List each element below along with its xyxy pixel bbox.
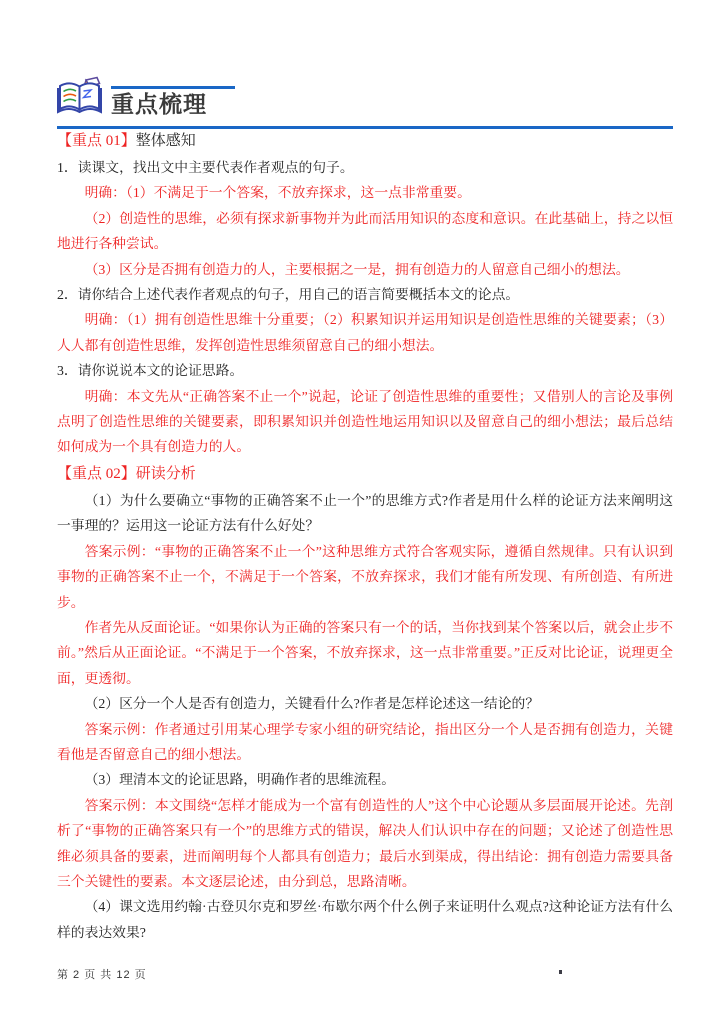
answer-paragraph: 答案示例：“事物的正确答案不止一个”这种思维方式符合客观实际，遵循自然规律。只有… — [57, 539, 673, 615]
answer-paragraph: 答案示例：本文围绕“怎样才能成为一个富有创造性的人”这个中心论题从多层面展开论述… — [57, 793, 673, 895]
section-tag: 【重点 02】 — [57, 466, 136, 482]
document-page: 重点梳理 【重点 01】整体感知1．读课文，找出文中主要代表作者观点的句子。明确… — [0, 0, 725, 1024]
answer-paragraph: （3）区分是否拥有创造力的人，主要根据之一是，拥有创造力的人留意自己细小的想法。 — [57, 257, 673, 282]
section-banner: 重点梳理 — [57, 76, 673, 129]
answer-paragraph: 明确：（1）不满足于一个答案，不放弃探求，这一点非常重要。 — [57, 180, 673, 205]
answer-paragraph: （2）创造性的思维，必须有探求新事物并为此而活用知识的态度和意识。在此基础上，持… — [57, 206, 673, 257]
answer-paragraph: 明确：本文先从“正确答案不止一个”说起，论证了创造性思维的重要性；又借别人的言论… — [57, 384, 673, 460]
section-title: 整体感知 — [136, 133, 196, 149]
question-paragraph: （3）理清本文的论证思路，明确作者的思维流程。 — [57, 767, 673, 792]
answer-paragraph: 作者先从反面论证。“如果你认为正确的答案只有一个的话，当你找到某个答案以后，就会… — [57, 615, 673, 691]
question-paragraph: 1．读课文，找出文中主要代表作者观点的句子。 — [57, 155, 673, 180]
question-paragraph: （4）课文选用约翰·古登贝尔克和罗丝·布歇尔两个什么例子来证明什么观点?这种论证… — [57, 894, 673, 945]
question-paragraph: 3．请你说说本文的论证思路。 — [57, 358, 673, 383]
question-paragraph: （2）区分一个人是否有创造力，关键看什么?作者是怎样论述这一结论的？ — [57, 691, 673, 716]
stray-dot — [559, 970, 562, 974]
page-number-label: 第 2 页 共 12 页 — [57, 966, 147, 982]
section-tag: 【重点 01】 — [57, 133, 136, 149]
open-book-pencil-icon — [57, 76, 103, 121]
question-paragraph: 2．请你结合上述代表作者观点的句子，用自己的语言简要概括本文的论点。 — [57, 282, 673, 307]
answer-paragraph: 明确：（1）拥有创造性思维十分重要；（2）积累知识并运用知识是创造性思维的关键要… — [57, 307, 673, 358]
section-title: 研读分析 — [136, 466, 196, 482]
page-title: 重点梳理 — [111, 86, 235, 121]
answer-paragraph: 答案示例：作者通过引用某心理学专家小组的研究结论，指出区分一个人是否拥有创造力，… — [57, 717, 673, 768]
question-paragraph: （1）为什么要确立“事物的正确答案不止一个”的思维方式?作者是用什么样的论证方法… — [57, 488, 673, 539]
section-heading-1: 【重点 01】整体感知 — [57, 127, 673, 155]
document-body: 【重点 01】整体感知1．读课文，找出文中主要代表作者观点的句子。明确：（1）不… — [57, 127, 673, 945]
section-heading-2: 【重点 02】研读分析 — [57, 460, 673, 488]
